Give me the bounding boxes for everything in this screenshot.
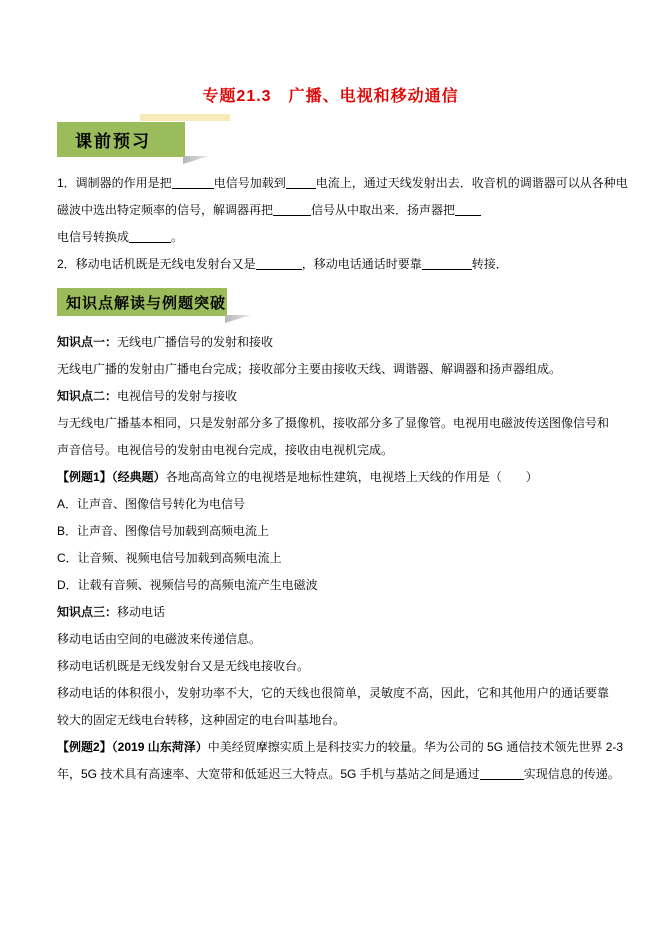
knowledge-point-3-text-line-4: 较大的固定无线电台转移，这种固定的电台叫基地台。 <box>57 707 657 734</box>
text-run: 声音信号。电视信号的发射由电视台完成，接收由电视机完成。 <box>57 443 393 457</box>
example-1-option-a: A．让声音、图像信号转化为电信号 <box>57 491 657 518</box>
fill-blank <box>256 256 302 270</box>
text-run: 年，5G 技术具有高速率、大宽带和低延迟三大特点。5G 手机与基站之间是通过 <box>57 767 480 781</box>
text-run: 无线电广播的发射由广播电台完成；接收部分主要由接收天线、调谐器、解调器和扬声器组… <box>57 362 561 376</box>
text-run: 信号从中取出来．扬声器把 <box>311 203 455 217</box>
worksheet-page: 专题21.3 广播、电视和移动通信 课前预习 1．调制器的作用是把电信号加载到电… <box>0 0 661 935</box>
example-2-stem-line-1: 【例题2】（2019 山东菏泽）中美经贸摩擦实质上是科技实力的较量。华为公司的 … <box>57 734 657 761</box>
text-run: 移动电话 <box>117 605 165 619</box>
text-run: 与无线电广播基本相同，只是发射部分多了摄像机，接收部分多了显像管。电视用电磁波传… <box>57 416 609 430</box>
text-run: 。 <box>171 230 183 244</box>
knowledge-point-1-heading: 知识点一：无线电广播信号的发射和接收 <box>57 329 657 356</box>
knowledge-point-2-heading: 知识点二：电视信号的发射与接收 <box>57 383 657 410</box>
section-banner-knowledge-label: 知识点解读与例题突破 <box>66 292 226 313</box>
fill-blank <box>480 766 524 780</box>
text-run: 电流上，通过天线发射出去．收音机的调谐器可以从各种电 <box>316 176 628 190</box>
bold-text-run: 知识点二： <box>57 389 117 403</box>
banner-fold-shadow <box>225 315 251 323</box>
text-run: 2．移动电话机既是无线电发射台又是 <box>57 257 256 271</box>
highlight-artifact <box>140 114 230 121</box>
banner-fold-shadow <box>183 156 209 164</box>
text-run: 移动电话由空间的电磁波来传递信息。 <box>57 632 261 646</box>
knowledge-point-2-text-line-1: 与无线电广播基本相同，只是发射部分多了摄像机，接收部分多了显像管。电视用电磁波传… <box>57 410 657 437</box>
knowledge-point-3-text-line-1: 移动电话由空间的电磁波来传递信息。 <box>57 626 657 653</box>
text-run: 实现信息的传递。 <box>524 767 620 781</box>
knowledge-point-3-text-line-3: 移动电话的体积很小，发射功率不大，它的天线也很简单，灵敏度不高，因此，它和其他用… <box>57 680 657 707</box>
bold-text-run: 知识点一： <box>57 335 117 349</box>
text-run: 中美经贸摩擦实质上是科技实力的较量。华为公司的 5G 通信技术领先世界 2-3 <box>208 740 623 754</box>
knowledge-point-3-text-line-2: 移动电话机既是无线发射台又是无线电接收台。 <box>57 653 657 680</box>
fill-blank <box>286 175 316 189</box>
section-banner-knowledge: 知识点解读与例题突破 <box>57 288 227 316</box>
knowledge-point-2-text-line-2: 声音信号。电视信号的发射由电视台完成，接收由电视机完成。 <box>57 437 657 464</box>
text-run: 1．调制器的作用是把 <box>57 176 172 190</box>
text-run: C．让音频、视频电信号加载到高频电流上 <box>57 551 282 565</box>
text-run: 磁波中选出特定频率的信号，解调器再把 <box>57 203 273 217</box>
page-title: 专题21.3 广播、电视和移动通信 <box>0 86 661 108</box>
bold-text-run: 【例题1】（经典题） <box>57 470 166 484</box>
question-1-line-1: 1．调制器的作用是把电信号加载到电流上，通过天线发射出去．收音机的调谐器可以从各… <box>57 170 657 197</box>
text-run: B．让声音、图像信号加载到高频电流上 <box>57 524 269 538</box>
question-1-line-2: 磁波中选出特定频率的信号，解调器再把信号从中取出来．扬声器把 <box>57 197 657 224</box>
text-run: 各地高高耸立的电视塔是地标性建筑，电视塔上天线的作用是（ ） <box>166 470 538 484</box>
question-1-line-3: 电信号转换成。 <box>57 224 657 251</box>
text-run: 电信号转换成 <box>57 230 129 244</box>
example-1-stem: 【例题1】（经典题）各地高高耸立的电视塔是地标性建筑，电视塔上天线的作用是（ ） <box>57 464 657 491</box>
text-run: 电信号加载到 <box>214 176 286 190</box>
bold-text-run: 知识点三： <box>57 605 117 619</box>
knowledge-point-3-heading: 知识点三：移动电话 <box>57 599 657 626</box>
text-run: 无线电广播信号的发射和接收 <box>117 335 273 349</box>
fill-blank <box>422 256 472 270</box>
example-1-option-c: C．让音频、视频电信号加载到高频电流上 <box>57 545 657 572</box>
text-run: 转接． <box>472 257 508 271</box>
text-run: ，移动电话通话时要靠 <box>302 257 422 271</box>
example-2-stem-line-2: 年，5G 技术具有高速率、大宽带和低延迟三大特点。5G 手机与基站之间是通过实现… <box>57 761 657 788</box>
example-1-option-b: B．让声音、图像信号加载到高频电流上 <box>57 518 657 545</box>
bold-text-run: 【例题2】（2019 山东菏泽） <box>57 740 208 754</box>
section-banner-preview: 课前预习 <box>57 122 185 157</box>
knowledge-point-1-text: 无线电广播的发射由广播电台完成；接收部分主要由接收天线、调谐器、解调器和扬声器组… <box>57 356 657 383</box>
question-2-line: 2．移动电话机既是无线电发射台又是，移动电话通话时要靠转接． <box>57 251 657 278</box>
preview-section: 1．调制器的作用是把电信号加载到电流上，通过天线发射出去．收音机的调谐器可以从各… <box>0 170 661 278</box>
text-run: 移动电话机既是无线发射台又是无线电接收台。 <box>57 659 309 673</box>
text-run: A．让声音、图像信号转化为电信号 <box>57 497 245 511</box>
fill-blank <box>273 202 311 216</box>
knowledge-section: 知识点一：无线电广播信号的发射和接收 无线电广播的发射由广播电台完成；接收部分主… <box>0 329 661 788</box>
text-run: D．让载有音频、视频信号的高频电流产生电磁波 <box>57 578 318 592</box>
section-banner-preview-label: 课前预习 <box>75 127 151 152</box>
example-1-option-d: D．让载有音频、视频信号的高频电流产生电磁波 <box>57 572 657 599</box>
text-run: 电视信号的发射与接收 <box>117 389 237 403</box>
text-run: 较大的固定无线电台转移，这种固定的电台叫基地台。 <box>57 713 345 727</box>
text-run: 移动电话的体积很小，发射功率不大，它的天线也很简单，灵敏度不高，因此，它和其他用… <box>57 686 609 700</box>
fill-blank <box>455 202 481 216</box>
fill-blank <box>129 229 171 243</box>
fill-blank <box>172 175 214 189</box>
